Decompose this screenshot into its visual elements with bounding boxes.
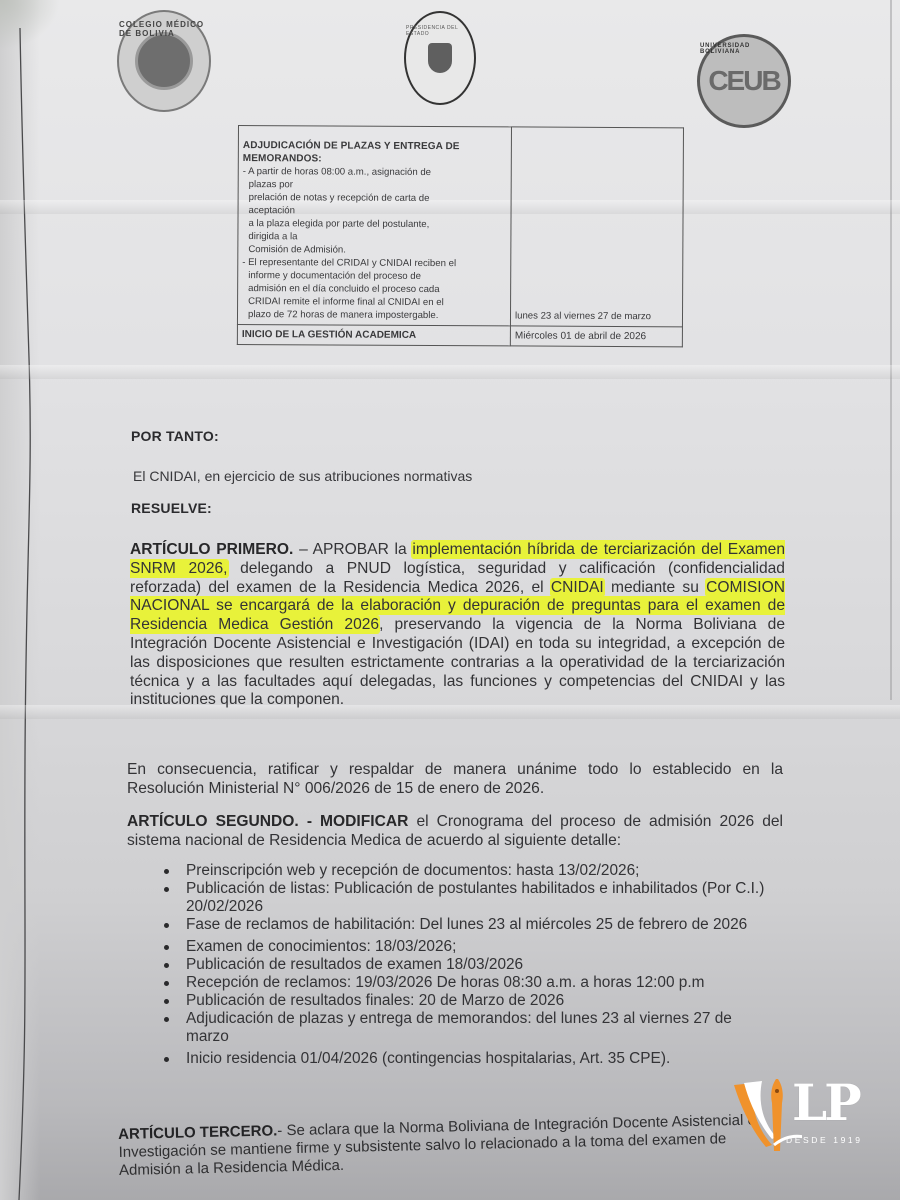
date-cell: lunes 23 al viernes 27 de marzo bbox=[510, 127, 683, 327]
por-tanto-heading: POR TANTO: bbox=[131, 428, 219, 444]
colegio-medico-logo: COLEGIO MÉDICO DE BOLIVIA bbox=[117, 10, 211, 112]
por-tanto-text: El CNIDAI, en ejercicio de sus atribucio… bbox=[133, 468, 472, 484]
activity-line: plazo de 72 horas de manera impostergabl… bbox=[242, 308, 506, 322]
articulo-text: mediante su bbox=[604, 579, 706, 596]
list-item: Recepción de reclamos: 19/03/2026 De hor… bbox=[160, 974, 770, 992]
articulo-text: - bbox=[299, 813, 320, 830]
articulo-tercero: ARTÍCULO TERCERO.- Se aclara que la Norm… bbox=[118, 1111, 779, 1180]
logo-ring-text: COLEGIO MÉDICO DE BOLIVIA bbox=[119, 20, 209, 38]
list-item: Inicio residencia 01/04/2026 (contingenc… bbox=[160, 1050, 770, 1068]
activity-cell: ADJUDICACIÓN DE PLAZAS Y ENTREGA DE MEMO… bbox=[237, 126, 511, 326]
list-item: Publicación de resultados de examen 18/0… bbox=[160, 956, 770, 974]
schedule-bullet-list: Preinscripción web y recepción de docume… bbox=[160, 862, 770, 1068]
bolivia-map-icon bbox=[135, 32, 193, 90]
lp-letters: LP bbox=[792, 1075, 859, 1131]
list-item: Fase de reclamos de habilitación: Del lu… bbox=[160, 916, 770, 934]
articulo-primero: ARTÍCULO PRIMERO. – APROBAR la implement… bbox=[130, 541, 785, 710]
consecuencia-paragraph: En consecuencia, ratificar y respaldar d… bbox=[127, 761, 783, 799]
list-item: Adjudicación de plazas y entrega de memo… bbox=[160, 1010, 770, 1046]
articulo-text: – APROBAR la bbox=[293, 541, 412, 558]
presidencia-logo: PRESIDENCIA DEL ESTADO bbox=[404, 11, 476, 105]
logo-ring-text: UNIVERSIDAD BOLIVIANA bbox=[700, 43, 788, 55]
paper-fold bbox=[0, 365, 900, 379]
logo-ring-text: PRESIDENCIA DEL ESTADO bbox=[406, 25, 474, 37]
date-cell: Miércoles 01 de abril de 2026 bbox=[510, 326, 682, 347]
articulo-segundo: ARTÍCULO SEGUNDO. - MODIFICAR el Cronogr… bbox=[127, 813, 783, 851]
lp-since-text: DESDE 1919 bbox=[786, 1135, 863, 1145]
table-row: ADJUDICACIÓN DE PLAZAS Y ENTREGA DE MEMO… bbox=[237, 126, 683, 327]
lp-watermark-logo: LP DESDE 1919 bbox=[732, 1075, 872, 1155]
page-edge-right bbox=[890, 0, 892, 700]
articulo-text: - Se aclara que la Norma Boliviana de In… bbox=[118, 1112, 756, 1179]
ceub-logo: UNIVERSIDAD BOLIVIANA CEUB bbox=[697, 34, 791, 128]
articulo-primero-label: ARTÍCULO PRIMERO. bbox=[130, 541, 293, 558]
list-item: Publicación de listas: Publicación de po… bbox=[160, 880, 770, 916]
list-item: Publicación de resultados finales: 20 de… bbox=[160, 992, 770, 1010]
list-item: Preinscripción web y recepción de docume… bbox=[160, 862, 770, 880]
articulo-tercero-label: ARTÍCULO TERCERO. bbox=[118, 1122, 278, 1143]
ceub-monogram: CEUB bbox=[708, 65, 779, 97]
coat-of-arms-icon bbox=[428, 43, 452, 73]
articulo-segundo-label: ARTÍCULO SEGUNDO. bbox=[127, 813, 299, 830]
list-item: Examen de conocimientos: 18/03/2026; bbox=[160, 938, 770, 956]
table-row: INICIO DE LA GESTIÓN ACADEMICA Miércoles… bbox=[237, 324, 682, 346]
resuelve-heading: RESUELVE: bbox=[131, 500, 212, 516]
activity-title: ADJUDICACIÓN DE PLAZAS Y ENTREGA DE MEMO… bbox=[243, 139, 507, 166]
articulo-segundo-verb: MODIFICAR bbox=[320, 813, 408, 830]
activity-title: INICIO DE LA GESTIÓN ACADEMICA bbox=[237, 324, 510, 345]
highlighted-text: CNIDAI bbox=[551, 579, 604, 596]
schedule-table: ADJUDICACIÓN DE PLAZAS Y ENTREGA DE MEMO… bbox=[237, 125, 684, 347]
